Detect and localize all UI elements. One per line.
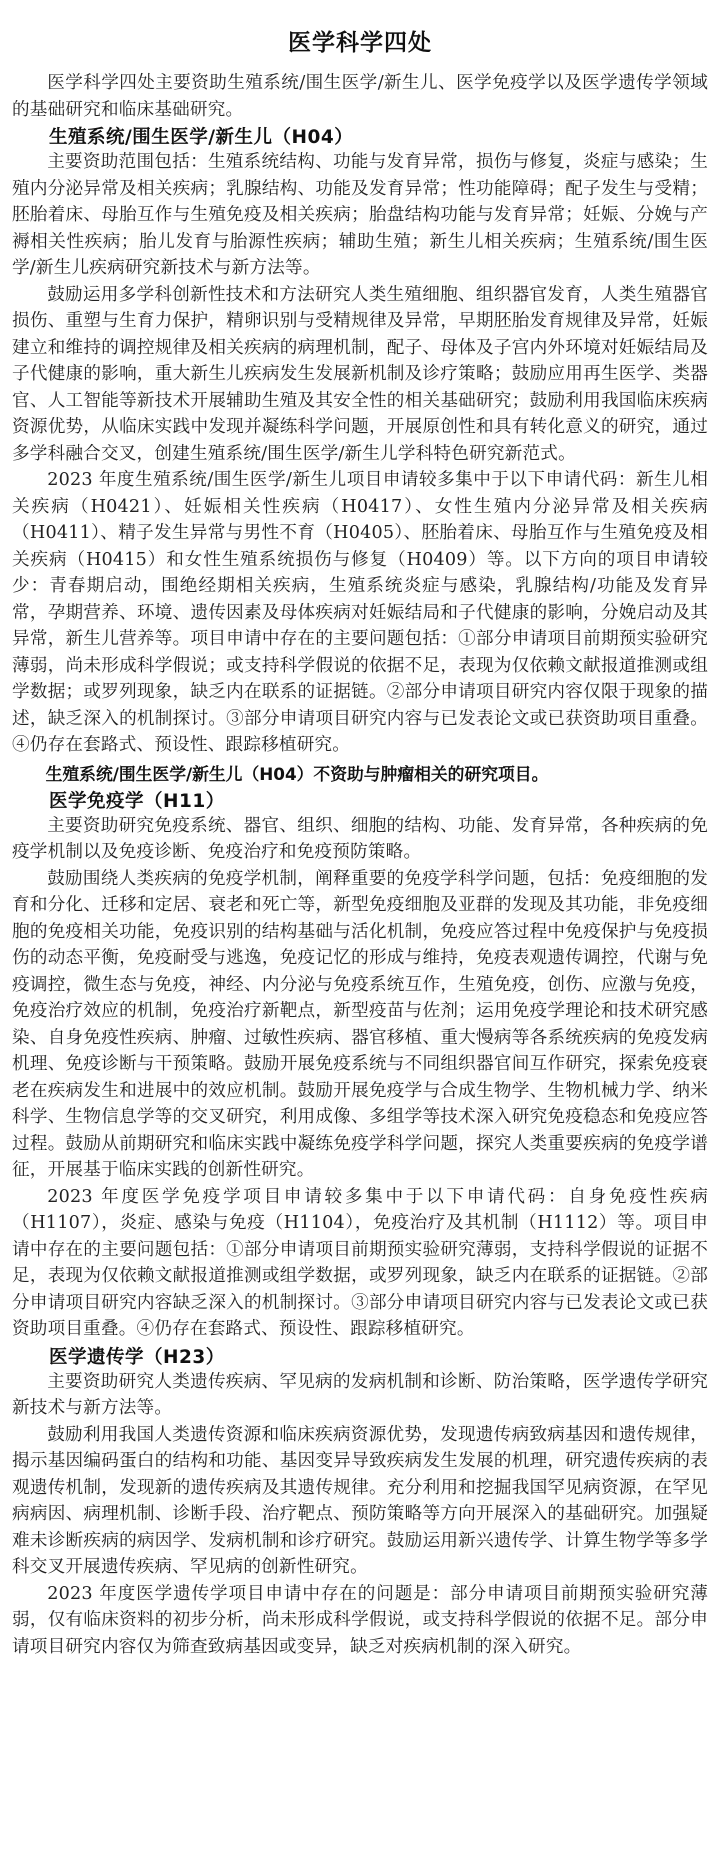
h11-encouraged-paragraph: 鼓励围绕人类疾病的免疫学机制，阐释重要的免疫学科学问题，包括：免疫细胞的发育和分… <box>12 866 708 1184</box>
h04-scope-paragraph: 主要资助范围包括：生殖系统结构、功能与发育异常，损伤与修复，炎症与感染；生殖内分… <box>12 149 708 282</box>
section-heading-h04: 生殖系统/围生医学/新生儿（H04） <box>12 123 708 149</box>
section-h04: 生殖系统/围生医学/新生儿（H04） 主要资助范围包括：生殖系统结构、功能与发育… <box>12 123 708 787</box>
h11-scope-paragraph: 主要资助研究免疫系统、器官、组织、细胞的结构、功能、发育异常，各种疾病的免疫学机… <box>12 813 708 866</box>
h23-2023-review-paragraph: 2023 年度医学遗传学项目申请中存在的问题是：部分申请项目前期预实验研究薄弱，… <box>12 1581 708 1661</box>
h23-scope-paragraph: 主要资助研究人类遗传疾病、罕见病的发病机制和诊断、防治策略，医学遗传学研究新技术… <box>12 1369 708 1422</box>
page-title: 医学科学四处 <box>12 0 708 70</box>
h04-exclusion-note: 生殖系统/围生医学/新生儿（H04）不资助与肿瘤相关的研究项目。 <box>12 761 708 787</box>
h04-encouraged-paragraph: 鼓励运用多学科创新性技术和方法研究人类生殖细胞、组织器官发育，人类生殖器官损伤、… <box>12 282 708 468</box>
h04-2023-review-paragraph: 2023 年度生殖系统/围生医学/新生儿项目申请较多集中于以下申请代码：新生儿相… <box>12 467 708 759</box>
section-heading-h23: 医学遗传学（H23） <box>12 1343 708 1369</box>
h11-2023-review-paragraph: 2023 年度医学免疫学项目申请较多集中于以下申请代码：自身免疫性疾病（H110… <box>12 1184 708 1343</box>
h23-encouraged-paragraph: 鼓励利用我国人类遗传资源和临床疾病资源优势，发现遗传病致病基因和遗传规律，揭示基… <box>12 1422 708 1581</box>
intro-paragraph: 医学科学四处主要资助生殖系统/围生医学/新生儿、医学免疫学以及医学遗传学领域的基… <box>12 70 708 123</box>
section-h23: 医学遗传学（H23） 主要资助研究人类遗传疾病、罕见病的发病机制和诊断、防治策略… <box>12 1343 708 1661</box>
document-page: 医学科学四处 医学科学四处主要资助生殖系统/围生医学/新生儿、医学免疫学以及医学… <box>0 0 720 1660</box>
section-heading-h11: 医学免疫学（H11） <box>12 787 708 813</box>
section-h11: 医学免疫学（H11） 主要资助研究免疫系统、器官、组织、细胞的结构、功能、发育异… <box>12 787 708 1343</box>
